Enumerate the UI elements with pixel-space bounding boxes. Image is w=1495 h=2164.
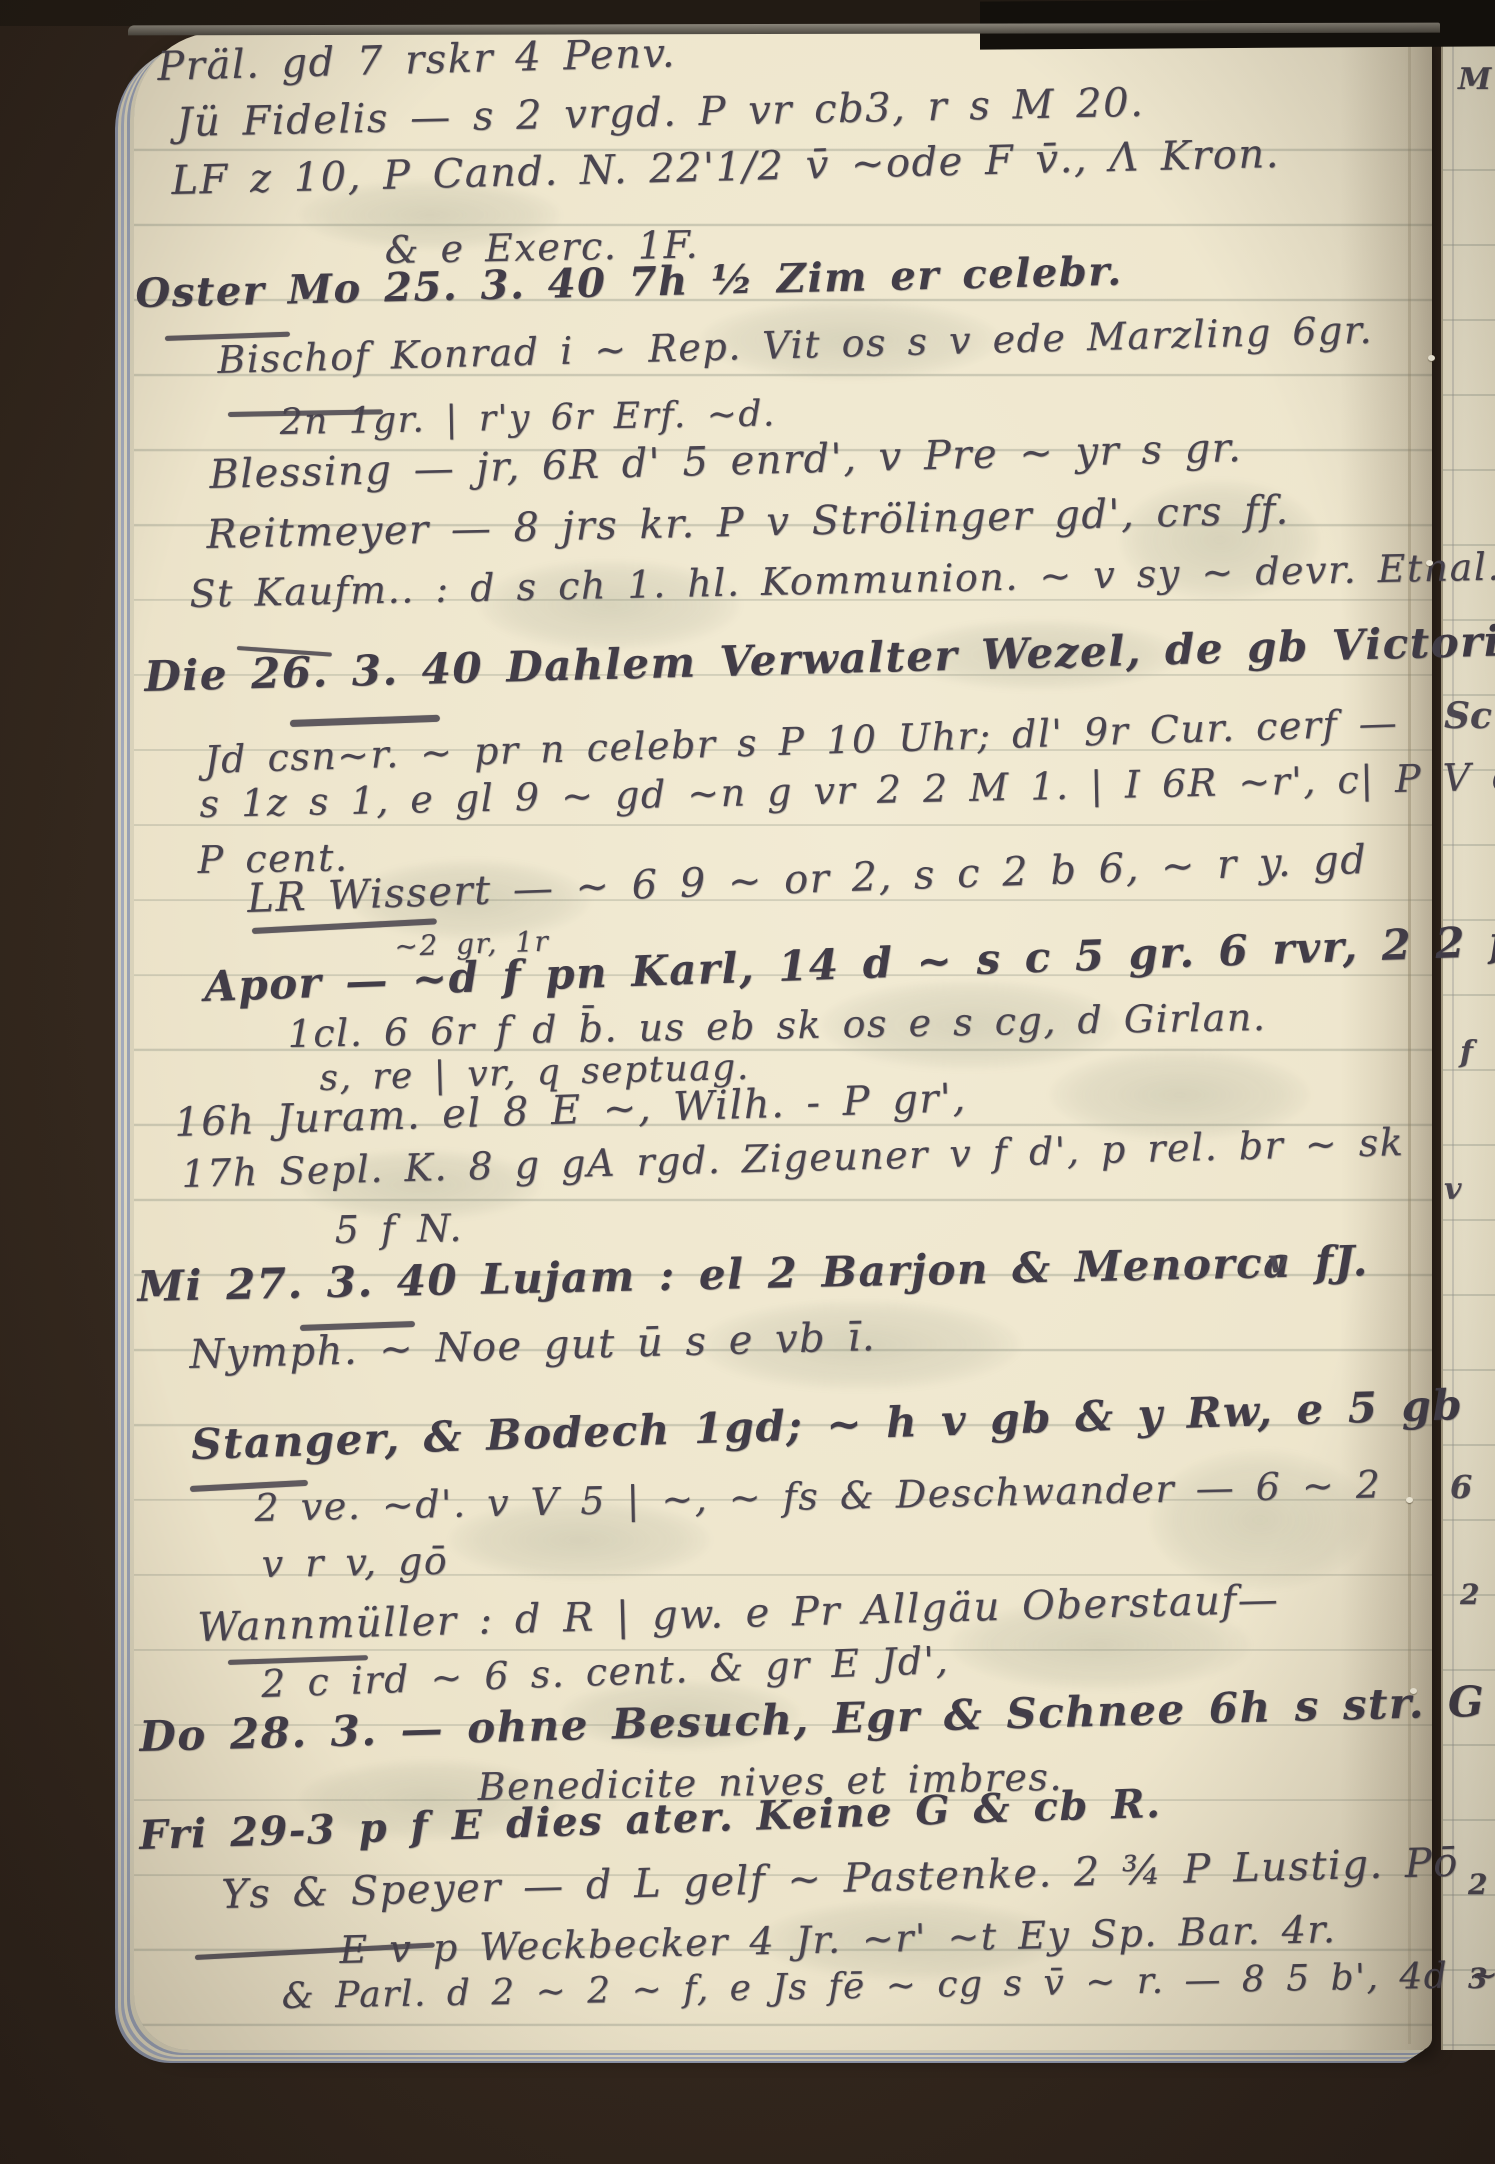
page-fold-crease [1408, 40, 1411, 2044]
handwritten-line: 2n 1gr. | r'y 6r Erf. ~d. [279, 393, 776, 443]
next-page-partial-glyph: v [1444, 1172, 1461, 1207]
next-page-partial-glyph: 3 [1468, 1962, 1487, 1995]
next-page-partial-glyph: 2 [1468, 1868, 1487, 1901]
handwritten-line: v r v, gō [261, 1539, 448, 1586]
paper-speck [1428, 355, 1435, 361]
next-page-partial-glyph: 2 [1460, 1578, 1479, 1611]
paper-speck [1426, 560, 1433, 566]
next-page-partial-glyph: Sc [1444, 695, 1492, 737]
handwritten-line: 5 f N. [334, 1206, 463, 1252]
paper-speck [1406, 1497, 1413, 1503]
next-page-margin-rule [1452, 44, 1454, 2050]
notebook-photo: Präl. gd 7 rskr 4 Penv.Jü Fidelis — s 2 … [0, 0, 1495, 2164]
next-page-partial-glyph: 6 [1450, 1468, 1472, 1506]
next-page-partial-glyph: f [1460, 1035, 1473, 1070]
margin-check-mark: v [1268, 1242, 1287, 1280]
next-page-partial-glyph: M [1458, 62, 1491, 97]
paper-speck [1410, 1688, 1417, 1694]
